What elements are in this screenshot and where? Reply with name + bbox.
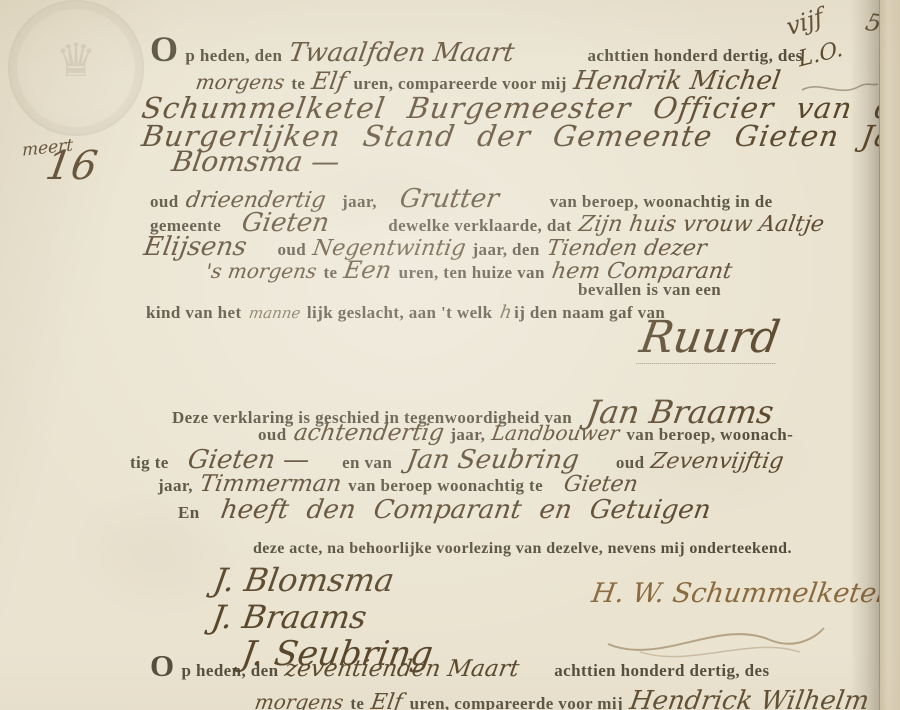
handwritten-text: manne [247, 306, 301, 321]
handwritten-text: morgens [194, 72, 286, 92]
printed-text: lijk geslacht, aan 't welk [307, 303, 493, 322]
printed-text: dewelke verklaarde, dat [388, 216, 571, 235]
printed-text: bevallen is van een [578, 280, 721, 299]
printed-text: oud [258, 425, 287, 444]
embossed-seal: ♛ [8, 0, 144, 136]
printed-text: p heden, den [182, 661, 279, 680]
handwritten-text: Hendrick Wilhelm [628, 688, 871, 710]
printed-text: O [150, 29, 178, 69]
handwritten-text: Jan Seubring [405, 447, 581, 473]
handwritten-text: Twaalfden Maart [287, 40, 516, 66]
handwritten-text: Blomsma — [170, 148, 342, 176]
printed-text: deze acte, na behoorlijke voorlezing van… [253, 540, 792, 557]
signature-official: H. W. Schummelketel [592, 580, 892, 607]
printed-text: oud [278, 240, 307, 259]
handwritten-text: L.O. [797, 39, 844, 72]
handwritten-text: J. Braams [209, 601, 368, 633]
handwritten-text: H. W. Schummelketel [590, 580, 887, 607]
handwritten-text: Een [343, 258, 394, 282]
printed-text: en van [342, 453, 392, 472]
handwritten-text: vijf [784, 4, 825, 39]
adjacent-page-edge [879, 0, 900, 710]
text-line: Op heden, denTwaalfden Maartachttien hon… [150, 36, 810, 66]
text-line: oudachtendertigjaar,Landbouwervan beroep… [258, 422, 800, 445]
printed-text: jaar, den [473, 240, 540, 259]
handwritten-text: 's morgens [204, 261, 318, 281]
document-page: ♛ Op heden, denTwaalfden Maartachttien h… [0, 0, 900, 710]
handwritten-text: achtendertig [292, 422, 445, 445]
handwritten-text: Tienden dezer [545, 238, 708, 260]
text-line: deze acte, na behoorlijke voorlezing van… [253, 541, 799, 557]
handwritten-text: morgens [253, 692, 345, 710]
handwritten-text: h [498, 304, 512, 322]
corner-note: vijf [786, 10, 831, 34]
printed-text: van beroep woonachtig te [348, 476, 543, 495]
text-line: Enheeft den Comparant en Getuigen [178, 497, 717, 523]
printed-text: En [178, 503, 200, 522]
text-line: Blomsma — [172, 148, 346, 176]
printed-text: van beroep, woonach- [626, 425, 793, 444]
printed-text: kind van het [146, 303, 242, 322]
handwritten-text: 16 [43, 146, 100, 186]
printed-text: jaar, [342, 192, 377, 211]
printed-text: tig te [130, 453, 169, 472]
handwritten-text: Landbouwer [491, 423, 621, 443]
child-name: Ruurd [640, 316, 786, 364]
page-edge-shadow [850, 0, 880, 710]
handwritten-text: Timmerman [198, 473, 343, 496]
printed-text: van beroep, woonachtig in de [550, 192, 773, 211]
printed-text: O [150, 648, 175, 683]
text-line: morgensteElfuren, compareerde voor mijHe… [255, 688, 876, 710]
handwritten-text: Ruurd [636, 316, 783, 364]
signature-flourish [600, 618, 830, 664]
handwritten-text: Elf [370, 692, 405, 710]
handwritten-text: Elijsens [142, 234, 249, 260]
crown-seal-icon: ♛ [55, 33, 96, 87]
handwritten-text: Zijn huis vrouw Aaltje [577, 214, 825, 236]
handwritten-text: Grutter [398, 186, 501, 212]
printed-text: oud [150, 192, 179, 211]
handwritten-text: Gieten — [186, 447, 311, 473]
printed-text: uren, compareerde voor mij [410, 694, 623, 710]
text-line: jaar,Timmermanvan beroep woonachtig teGi… [158, 473, 645, 496]
text-line: bevallen is van een [578, 281, 728, 299]
printed-text: uren, ten huize van [399, 263, 545, 282]
printed-text: oud [616, 453, 645, 472]
handwritten-text: heeft den Comparant en Getuigen [219, 497, 713, 523]
act-number: 16 [46, 146, 104, 186]
handwritten-text: J. Blomsma [211, 564, 396, 596]
printed-text: te [323, 263, 337, 282]
printed-text: p heden, den [185, 46, 282, 65]
printed-text: achttien honderd dertig, des [587, 46, 802, 65]
text-line: gemeenteGietendewelke verklaarde, datZij… [150, 210, 831, 236]
handwritten-text: Elf [310, 69, 348, 93]
printed-text: te [350, 694, 364, 710]
text-line: kind van hetmannelijk geslacht, aan 't w… [146, 304, 672, 322]
text-line: ElijsensoudNegentwintigjaar, denTienden … [144, 234, 713, 260]
handwritten-text: Gieten [562, 474, 639, 496]
printed-text: jaar, [450, 425, 485, 444]
handwritten-text: zeventienden Maart [284, 658, 521, 681]
text-line: tig teGieten —en vanJan SeubringoudZeven… [130, 447, 791, 473]
ink-note: L.O. [798, 44, 850, 66]
signature-blomsma: J. Blomsma [214, 564, 401, 596]
handwritten-text: Gieten [240, 210, 331, 236]
handwritten-text: Zevenvijftig [650, 451, 786, 473]
signature-braams: J. Braams [212, 601, 373, 633]
printed-text: jaar, [158, 476, 193, 495]
